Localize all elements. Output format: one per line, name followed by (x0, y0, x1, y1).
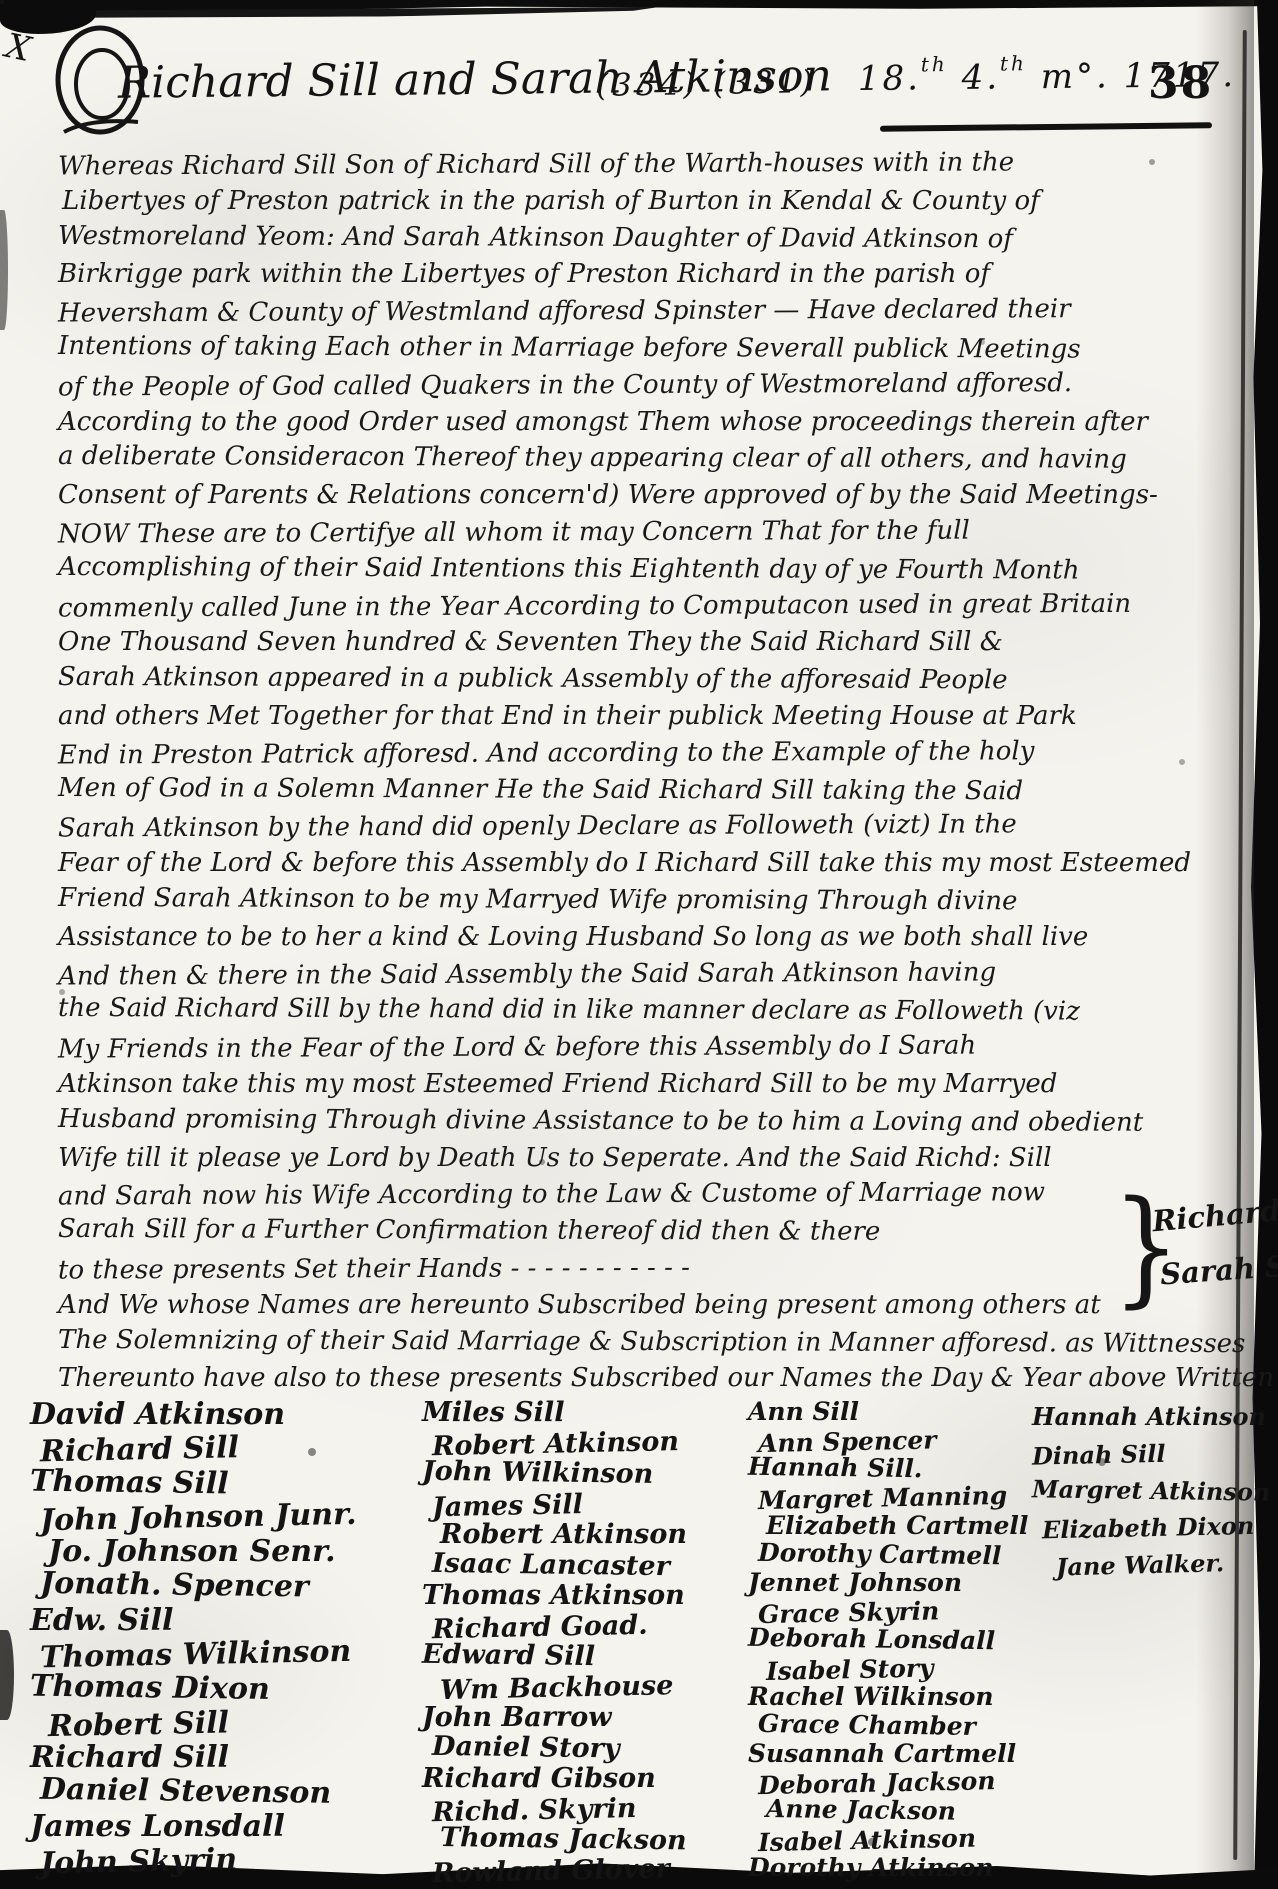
witness-signature: Robert Atkinson (422, 1520, 752, 1551)
witness-signature: Thomas Atkinson (422, 1581, 752, 1612)
witness-signature: Ann Sill (748, 1398, 1068, 1427)
body-line: Assistance to be to her a kind & Loving … (58, 919, 1228, 956)
witness-signature: John Barrow (422, 1703, 752, 1734)
witness-signature: Isaac Lancaster (422, 1548, 752, 1583)
body-line: One Thousand Seven hundred & Seventen Th… (58, 624, 1228, 661)
witness-signature: James Lonsdall (30, 1810, 370, 1844)
witness-signature: Grace Chamber (748, 1709, 1068, 1742)
witness-signature: Thomas Dixon (30, 1670, 370, 1709)
body-line: Libertyes of Preston patrick in the pari… (58, 183, 1228, 220)
body-line: the Said Richard Sill by the hand did in… (58, 990, 1228, 1031)
scan-speckles (0, 0, 4, 4)
body-line: to these presents Set their Hands - - - … (58, 1247, 1228, 1289)
witness-signature: Isabel Story (748, 1651, 1069, 1686)
witness-signature: Robert Sill (30, 1703, 371, 1744)
witness-signature: James Sill (422, 1486, 753, 1523)
body-line: NOW These are to Certifye all whom it ma… (58, 511, 1228, 553)
title-date: 18.th 4.th m°. 1717. (858, 55, 1237, 99)
body-line: Atkinson take this my most Esteemed Frie… (58, 1066, 1228, 1103)
couple-signature-brace: } (1112, 1175, 1181, 1321)
body-line: Intentions of taking Each other in Marri… (58, 328, 1228, 369)
body-line: and others Met Together for that End in … (58, 698, 1228, 735)
body-line: According to the good Order used amongst… (58, 404, 1228, 441)
body-line: Fear of the Lord & before this Assembly … (58, 845, 1228, 882)
witness-signature: Jennet Johnson (748, 1569, 1068, 1598)
body-line: Men of God in a Solemn Manner He the Sai… (58, 770, 1228, 811)
witness-signature: Margret Manning (748, 1480, 1069, 1515)
body-line: End in Preston Patrick afforesd. And acc… (58, 732, 1228, 774)
body-line: And We whose Names are hereunto Subscrib… (58, 1287, 1228, 1324)
witness-signature: Jo. Johnson Senr. (30, 1535, 370, 1569)
body-line: Husband promising Through divine Assista… (58, 1101, 1228, 1142)
witness-signature: John Skyrin (30, 1840, 371, 1881)
body-line: Birkrigge park within the Libertyes of P… (58, 256, 1228, 293)
witness-column-3: Ann SillAnn SpencerHannah Sill.Margret M… (748, 1398, 1068, 1883)
body-line: Accomplishing of their Said Intentions t… (58, 549, 1228, 590)
witness-signature: David Atkinson (30, 1398, 370, 1432)
witness-signature: Richard Sill (30, 1741, 370, 1775)
witness-signature: Dorothy Atkinson (748, 1854, 1068, 1883)
title-underline (880, 122, 1212, 131)
body-line: Whereas Richard Sill Son of Richard Sill… (58, 143, 1228, 185)
body-line: Friend Sarah Atkinson to be my Marryed W… (58, 880, 1228, 921)
scan-smudge-left-top (0, 210, 8, 330)
witness-signature: Daniel Stevenson (30, 1773, 370, 1812)
witness-signature: Hannah Atkinson (1032, 1398, 1278, 1435)
witness-signature: Edw. Sill (30, 1604, 370, 1638)
body-line: Westmoreland Yeom: And Sarah Atkinson Da… (58, 218, 1228, 259)
witness-signature: Dorothy Cartmell (748, 1538, 1068, 1571)
witness-signature: Elizabeth Dixon (1032, 1506, 1278, 1548)
witness-signature: John Johnson Junr. (30, 1497, 371, 1538)
body-line: Heversham & County of Westmland afforesd… (58, 291, 1228, 333)
witness-column-2: Miles SillRobert AtkinsonJohn WilkinsonJ… (422, 1398, 752, 1886)
witness-column-1: David AtkinsonRichard SillThomas SillJoh… (30, 1398, 370, 1878)
body-line: Consent of Parents & Relations concern'd… (58, 477, 1228, 514)
witness-column-4: Hannah AtkinsonDinah SillMargret Atkinso… (1032, 1398, 1278, 1583)
scanned-document-page: (334) (331) 38 X Richard Sill and Sarah … (0, 0, 1278, 1889)
body-line: Sarah Sill for a Further Confirmation th… (58, 1211, 1228, 1252)
body-line: And then & there in the Said Assembly th… (58, 953, 1228, 995)
scan-smudge-left (0, 1630, 14, 1720)
witness-signature: Thomas Jackson (422, 1823, 752, 1858)
witness-signature: Rowland Glover (422, 1852, 753, 1889)
witness-signature: Richard Gibson (422, 1764, 752, 1795)
witness-signature: Miles Sill (422, 1398, 752, 1429)
witness-signature: Jane Walker. (1032, 1543, 1278, 1586)
witness-signature: Margret Atkinson (1032, 1470, 1278, 1510)
witness-signature: Dinah Sill (1032, 1432, 1278, 1474)
body-text: Whereas Richard Sill Son of Richard Sill… (58, 146, 1228, 1397)
body-line: Wife till it please ye Lord by Death Us … (58, 1140, 1228, 1177)
margin-x-mark: X (2, 26, 34, 70)
witness-signature: Daniel Story (422, 1731, 752, 1766)
body-line: a deliberate Consideracon Thereof they a… (58, 438, 1228, 479)
body-line: My Friends in the Fear of the Lord & bef… (58, 1027, 1228, 1069)
witness-signature: Isabel Atkinson (748, 1822, 1069, 1857)
marriage-title: Richard Sill and Sarah Atkinson18.th 4.t… (118, 46, 1218, 109)
body-line: of the People of God called Quakers in t… (58, 364, 1228, 406)
body-line: The Solemnizing of their Said Marriage &… (58, 1321, 1228, 1362)
body-line: commenly called June in the Year Accordi… (58, 585, 1228, 627)
witness-signature: Susannah Cartmell (748, 1740, 1068, 1769)
title-names: Richard Sill and Sarah Atkinson (118, 50, 832, 108)
witness-signature: Edward Sill (422, 1640, 752, 1675)
body-line: and Sarah now his Wife According to the … (58, 1174, 1228, 1216)
body-line: Sarah Atkinson appeared in a publick Ass… (58, 659, 1228, 700)
witness-signature: Jonath. Spencer (30, 1567, 370, 1606)
witness-signature: Elizabeth Cartmell (748, 1512, 1068, 1541)
body-line: Sarah Atkinson by the hand did openly De… (58, 806, 1228, 848)
witness-signature: John Wilkinson (422, 1457, 752, 1492)
witness-signature: Wm Backhouse (422, 1669, 753, 1706)
witness-signature: Rachel Wilkinson (748, 1683, 1068, 1712)
body-line: Thereunto have also to these presents Su… (58, 1360, 1228, 1397)
